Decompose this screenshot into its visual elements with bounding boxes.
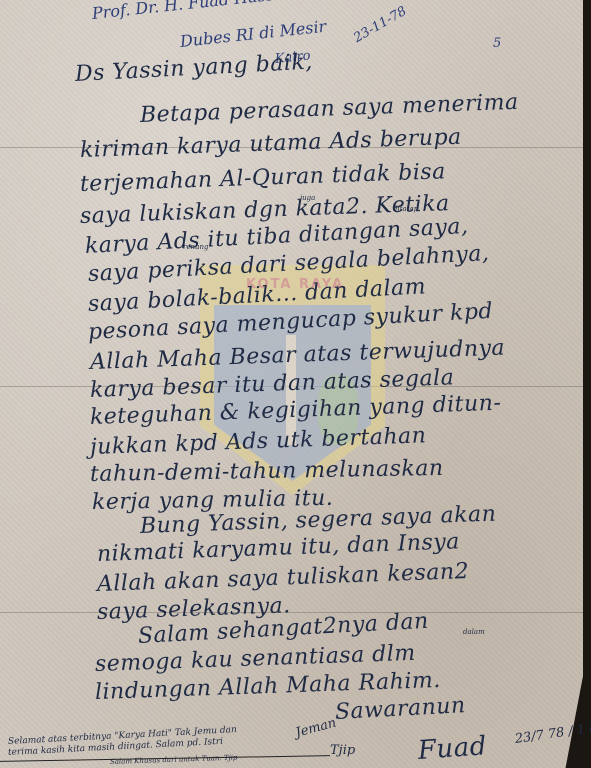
paper-fold-line — [0, 612, 583, 613]
interlinear-note: ditatap — [393, 205, 418, 213]
interlinear-note: juga — [300, 194, 315, 202]
interlinear-note: renung — [183, 243, 209, 251]
signature-abbr: Tjip — [330, 743, 355, 758]
interlinear-note: dalam — [463, 628, 485, 636]
page-mark: 5 — [493, 36, 501, 51]
signature-name: Fuad — [417, 731, 488, 766]
